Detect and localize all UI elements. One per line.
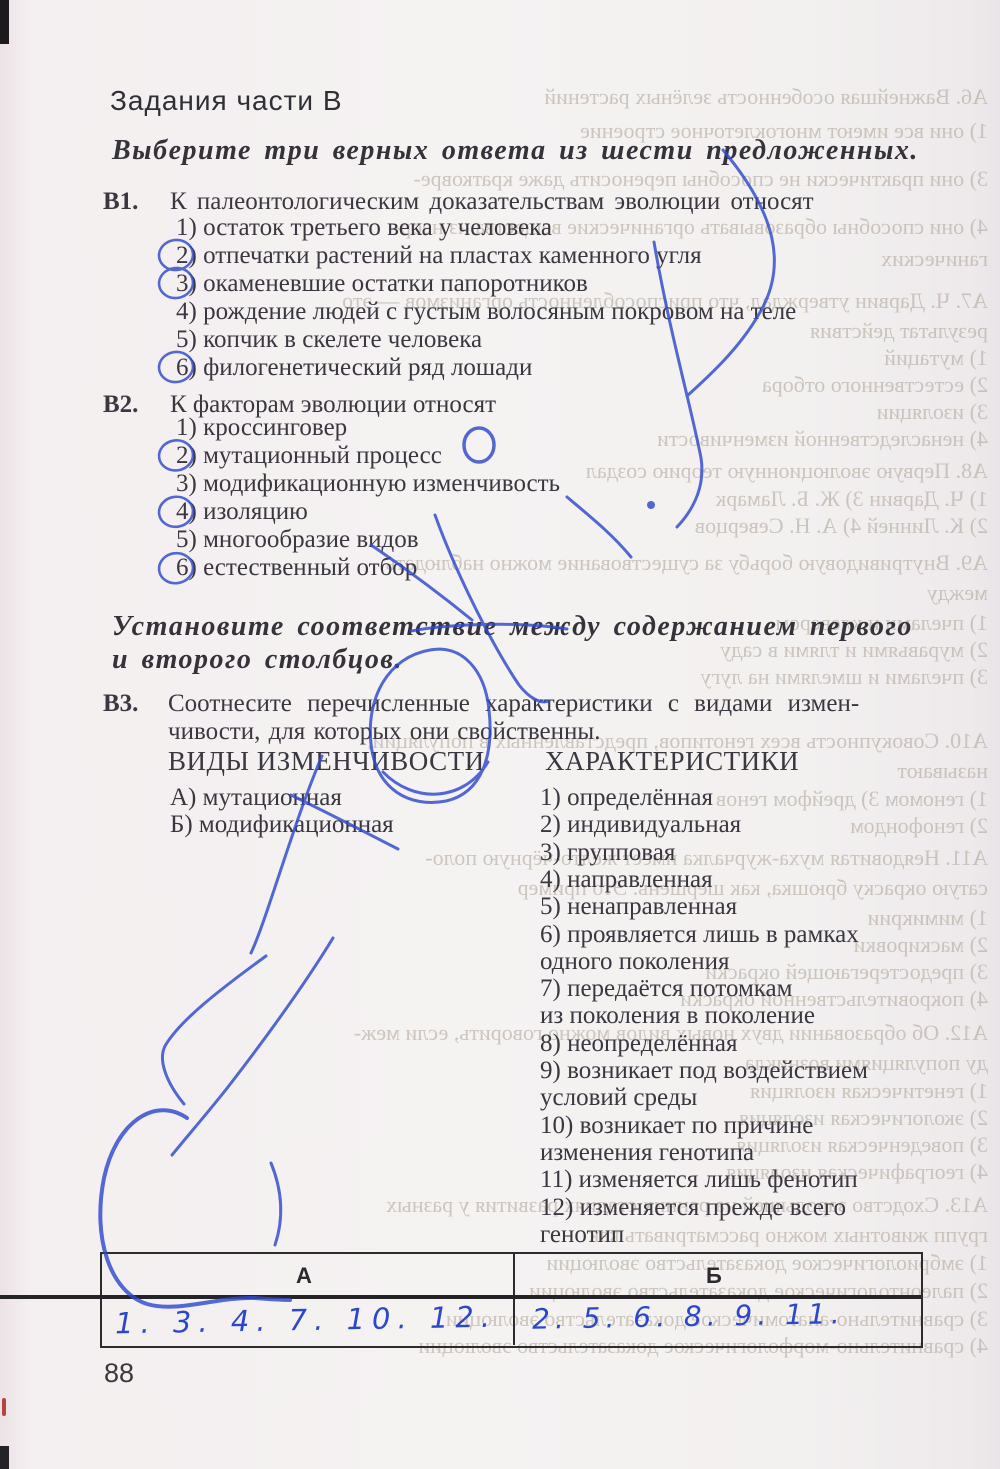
- b1-label: В1.: [103, 188, 138, 216]
- b1-option: 1) остаток третьего века у человека: [176, 214, 552, 242]
- b3-characteristic-line: 4) направленная: [540, 866, 713, 894]
- b3-label: В3.: [103, 690, 138, 718]
- b3-characteristic-line: 8) неопределённая: [540, 1030, 737, 1058]
- b3-characteristic-line: 12) изменяется прежде всего: [540, 1194, 846, 1222]
- instruction-match-line2: и второго столбцов.: [112, 644, 403, 676]
- b3-question-line1: Соотнесите перечисленные характеристики …: [168, 690, 859, 718]
- scan-artifact-top-left: [0, 0, 9, 44]
- b1-option: 2) отпечатки растений на пластах каменно…: [176, 242, 702, 270]
- b3-characteristic-line: 2) индивидуальная: [540, 811, 741, 839]
- ghost-line: между: [540, 580, 1000, 606]
- b3-characteristic-line: генотип: [540, 1221, 624, 1249]
- b2-label: В2.: [103, 391, 138, 419]
- b3-left-column-header: ВИДЫ ИЗМЕНЧИВОСТИ: [168, 746, 485, 777]
- ghost-line: А9. Внутривидовую борьбу за существовани…: [540, 550, 988, 576]
- instruction-select-three: Выберите три верных ответа из шести пред…: [112, 135, 919, 167]
- workbook-page: { "page": { "number": "88", "section_hea…: [0, 0, 1000, 1469]
- ghost-line: 3) пчелами и шмелями на лугу: [540, 664, 1000, 690]
- b3-characteristic-line: 5) ненаправленная: [540, 893, 737, 921]
- ghost-line: 2) К. Линней 4) А. Н. Северцов: [540, 513, 1000, 539]
- ghost-line: 4) ненаследственной изменчивости: [540, 426, 1000, 452]
- instruction-match-line1: Установите соответствие между содержание…: [112, 611, 913, 643]
- answer-table-header-b: Б: [706, 1263, 722, 1289]
- ghost-line: 2) естественного отбора: [540, 372, 1000, 398]
- b3-characteristic-line: одного поколения: [540, 948, 730, 976]
- ghost-line: А8. Первую эволюционную теорию создал: [540, 458, 988, 484]
- b1-option: 4) рождение людей с густым волосяным пок…: [176, 298, 796, 326]
- handwritten-answer-a: 1. 3. 4. 7. 10. 12.: [115, 1300, 498, 1341]
- b3-right-column-header: ХАРАКТЕРИСТИКИ: [545, 746, 799, 777]
- b1-question: К палеонтологическим доказательствам эво…: [170, 188, 814, 216]
- handwritten-answer-b: 2. 5. 6. 8. 9. 11.: [532, 1297, 845, 1335]
- ghost-line: 1) мутаций: [540, 345, 1000, 371]
- ghost-line: 1) Ч. Дарвин 3) Ж. Б. Ламарк: [540, 486, 1000, 512]
- b3-characteristic-line: 11) изменяется лишь фенотип: [540, 1166, 858, 1194]
- b3-question-line2: чивости, для которых они свойственны.: [168, 718, 600, 746]
- section-header: Задания части В: [110, 85, 343, 117]
- b3-left-item-a: А) мутационная: [170, 784, 342, 812]
- b2-option: 6) естественный отбор: [176, 554, 417, 582]
- b2-option: 5) многообразие видов: [176, 526, 419, 554]
- b3-characteristic-line: изменения генотипа: [540, 1139, 754, 1167]
- b2-option: 4) изоляцию: [176, 498, 308, 526]
- b3-characteristic-line: 9) возникает под воздействием: [540, 1057, 868, 1085]
- scan-artifact-red-mark: [2, 1398, 6, 1416]
- b3-characteristic-line: 10) возникает по причине: [540, 1112, 813, 1140]
- scan-artifact-bottom-left: [0, 1446, 9, 1469]
- b2-option: 1) кроссинговер: [176, 414, 347, 442]
- b3-characteristic-line: условий среды: [540, 1084, 697, 1112]
- b2-option: 3) модификационную изменчивость: [176, 470, 560, 498]
- answer-table-header-a: А: [296, 1263, 312, 1289]
- ghost-line: 3) изоляции: [540, 399, 1000, 425]
- b1-option: 5) копчик в скелете человека: [176, 326, 482, 354]
- b2-option: 2) мутационный процесс: [176, 442, 442, 470]
- b3-characteristic-line: 6) проявляется лишь в рамках: [540, 921, 859, 949]
- b3-characteristic-line: из поколения в поколение: [540, 1002, 815, 1030]
- ghost-line: А6. Важнейшая особенность зелёных растен…: [540, 84, 988, 110]
- b1-option: 6) филогенетический ряд лошади: [176, 354, 532, 382]
- b3-characteristic-line: 7) передаётся потомкам: [540, 975, 792, 1003]
- b3-left-item-b: Б) модификационная: [170, 811, 394, 839]
- ghost-line: 4) они способны образовывать органически…: [540, 214, 1000, 240]
- b1-option: 3) окаменевшие остатки папоротников: [176, 270, 588, 298]
- b3-characteristic-line: 3) групповая: [540, 839, 675, 867]
- b3-characteristic-line: 1) определённая: [540, 784, 713, 812]
